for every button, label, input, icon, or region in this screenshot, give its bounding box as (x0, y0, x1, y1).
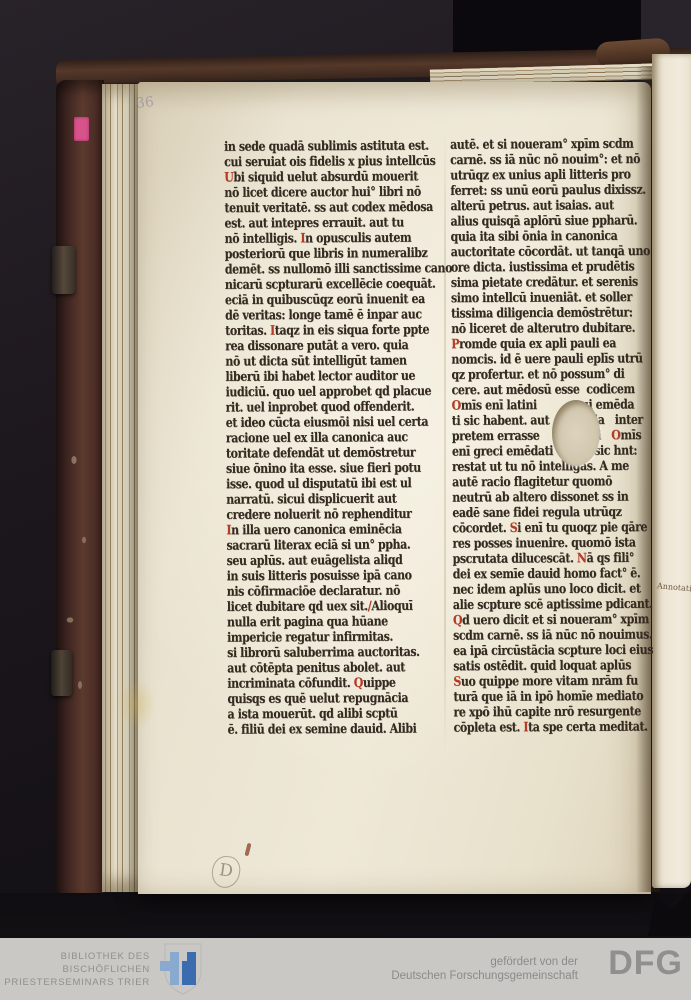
facing-page-sliver (652, 54, 691, 888)
manuscript-line: in sede quadā sublimis astituta est. (224, 138, 448, 155)
manuscript-line: ferret: ss unū eorū paulus dixissz. (450, 182, 655, 199)
page-edge-stack-left (102, 84, 140, 892)
text-column-left: in sede quadā sublimis astituta est.cui … (224, 138, 452, 738)
manuscript-line: dē veritas: longe tamē ē inpar auc (225, 306, 449, 323)
manuscript-line: ē. filiū dei ex semine dauid. Alibi (228, 721, 452, 738)
parchment-hole (552, 400, 600, 466)
manuscript-line: nō intelligis. In opusculis autem (225, 230, 449, 247)
manuscript-line: Omīs enī latini cui emēda (452, 397, 657, 414)
manuscript-line: restat ut tu nō intelligas. A me (452, 458, 657, 475)
manuscript-line: posteriorū que libris in numeralibz (225, 245, 449, 262)
manuscript-line: incriminata cōfundit. Quippe (227, 675, 451, 692)
manuscript-line: si librorū saluberrima auctoritas. (227, 644, 451, 661)
manuscript-line: autē racio flagitetur quomō (452, 473, 657, 490)
manuscript-line: nō ut dicta sūt intelligūt tamen (225, 352, 449, 369)
rubric-initial: O (452, 398, 461, 413)
funding-credit: gefördert von der Deutschen Forschungsge… (391, 955, 578, 983)
manuscript-line: Ubi siquid uelut absurdū mouerit (224, 168, 448, 185)
manuscript-line: cui seruiat ois fidelis x pius intellcūs (224, 153, 448, 170)
rubric-initial: P (451, 336, 459, 351)
background-below-book (0, 893, 691, 938)
folio-number-pencil: 36 (135, 94, 154, 112)
rubric-initial: S (453, 674, 461, 689)
rubric-initial: S (510, 520, 518, 535)
rubric-initial: U (224, 170, 233, 185)
rubric-initial: Q (453, 612, 462, 627)
seminary-shield-logo-icon (158, 941, 208, 1000)
funding-credit-line: Deutschen Forschungsgemeinschaft (391, 969, 578, 983)
manuscript-line: cere. aut mēdosū esse codicem (451, 381, 656, 398)
manuscript-line: aut cōtēpta penitus abolet. aut (227, 659, 451, 676)
manuscript-line: narratū. sicui displicuerit aut (226, 490, 450, 507)
manuscript-line: quia ita sibi ōnia in canonica (451, 228, 656, 245)
manuscript-line: Suo quippe more vitam nrām fu (453, 673, 658, 690)
manuscript-line: eadē sane fidei regula utrūqz (452, 504, 657, 521)
manuscript-line: rit. uel inprobet quod offenderit. (226, 398, 450, 415)
manuscript-line: auctoritate cōcordāt. ut tanqā uno (451, 243, 656, 260)
manuscript-line: alie scpture scē aptissime pdicant. (453, 596, 658, 613)
manuscript-line: dei ex semīe dauid homo fact° ē. (453, 565, 658, 582)
manuscript-line: alius quisqā aplōrū siue ppharū. (450, 212, 655, 229)
manuscript-line: cōpleta est. Ita spe certa meditat. (454, 719, 659, 736)
manuscript-line: alterū petrus. aut isaias. aut (450, 197, 655, 214)
rubric-initial: N (577, 550, 587, 565)
book-clasp-upper (52, 246, 75, 294)
manuscript-line: qz profertur. et nō possum° di (451, 366, 656, 383)
manuscript-line: nis cōfirmaciōe declaratur. nō (227, 582, 451, 599)
manuscript-line: nō liceret de alterutro dubitare. (451, 320, 656, 337)
digitization-banner: BIBLIOTHEK DES BISCHÖFLICHEN PRIESTERSEM… (0, 938, 691, 1000)
manuscript-line: ea ipā circūstācia scpture loci eius (453, 642, 658, 659)
manuscript-line: nomcis. id ē uere pauli eplīs utrū (451, 351, 656, 368)
manuscript-line: res posses inuenire. quomō ista (452, 535, 657, 552)
manuscript-line: satis ostēdit. quid loquat aplūs (453, 657, 658, 674)
manuscript-line: a ista mouerūt. qd alibi scptū (227, 705, 451, 722)
manuscript-line: carnē. ss iā nūc nō nouim°: et nō (450, 151, 655, 168)
spine-wear-marks (62, 420, 92, 750)
manuscript-line: nulla erit pagina qua hūane (227, 613, 451, 630)
manuscript-line: turā que iā in ipō homīe mediato (453, 688, 658, 705)
manuscript-line: liberū ibi habet lector auditor ue (225, 368, 449, 385)
manuscript-line: cōcordet. Si enī tu quoqz pie qāre (452, 519, 657, 536)
manuscript-line: Qd uero dicit et si noueram° xpīm (453, 611, 658, 628)
manuscript-line: racione uel ex illa canonica auc (226, 429, 450, 446)
library-name-line: PRIESTERSEMINARS TRIER (0, 976, 150, 989)
manuscript-line: isse. quod ul disputatū ibi est ul (226, 475, 450, 492)
manuscript-line: Promde quia ex apli pauli ea (451, 335, 656, 352)
manuscript-line: credere noluerit nō rephenditur (226, 506, 450, 523)
rubric-initial: O (611, 427, 620, 442)
manuscript-line: toritate defendāt ut demōstretur (226, 444, 450, 461)
book-clasp-lower (51, 650, 72, 696)
manuscript-line: iudiciū. quo uel approbet qd placue (225, 383, 449, 400)
rubric-initial: Q (354, 675, 363, 690)
manuscript-line: neutrū ab altero dissonet ss in (452, 489, 657, 506)
manuscript-line: scdm carnē. ss iā nūc nō nouimus. (453, 627, 658, 644)
manuscript-line: autē. et si noueram° xpīm scdm (450, 136, 655, 153)
digitized-manuscript-scan: { "photo": { "background_color": "#17131… (0, 0, 691, 1000)
manuscript-line: est. aut intepres errauit. aut tu (224, 214, 448, 231)
manuscript-line: et ideo cūcta eiusmōi nisi uel certa (226, 414, 450, 431)
manuscript-line: demēt. ss nullomō illi sanctissime cano (225, 260, 449, 277)
library-name-line: BISCHÖFLICHEN (0, 963, 150, 976)
manuscript-line: toritas. Itaqz in eis siqua forte ppte (225, 322, 449, 339)
parchment-stain (118, 678, 156, 730)
manuscript-line: impericie regatur infirmitas. (227, 629, 451, 646)
dfg-logo: DFG (608, 944, 683, 983)
funding-credit-line: gefördert von der (391, 955, 578, 969)
manuscript-line: quisqs es quē uelut repugnācia (227, 690, 451, 707)
manuscript-line: siue ōnino ita esse. siue fieri potu (226, 460, 450, 477)
manuscript-line: eciā in quibuscūqz eorū inuenit ea (225, 291, 449, 308)
pink-bookmark-tab (74, 117, 89, 141)
manuscript-line: tissima diligencia demōstrētur: (451, 304, 656, 321)
manuscript-line: pscrutata dilucescāt. Nā qs fili° (453, 550, 658, 567)
manuscript-line: nec idem aplūs uno loco dicit. et (453, 581, 658, 598)
manuscript-line: nō licet dicere auctor hui° libri nō (224, 184, 448, 201)
manuscript-line: in suis litteris posuisse ipā cano (227, 567, 451, 584)
manuscript-line: sima pietate credātur. et serenis (451, 274, 656, 291)
manuscript-line: nicarū scpturarū excellēcie coequāt. (225, 276, 449, 293)
manuscript-line: seu aplūs. aut euāgelista aliqd (227, 552, 451, 569)
manuscript-line: licet dubitare qd uex sit./Alioquī (227, 598, 451, 615)
manuscript-line: ore dicta. iustissima et prudētis (451, 258, 656, 275)
manuscript-line: simo intellcū inueniāt. et soller (451, 289, 656, 306)
manuscript-line: In illa uero canonica eminēcia (226, 521, 450, 538)
manuscript-line: re xpō ihū capite nrō resurgente (453, 703, 658, 720)
manuscript-line: utrūqz ex unius apli litteris pro (450, 166, 655, 183)
manuscript-line: sacrarū literax eciā si un° ppha. (226, 536, 450, 553)
manuscript-line: rea dissonare putāt a vero. quia (225, 337, 449, 354)
manuscript-line: tenuit veritatē. ss aut codex mēdosa (224, 199, 448, 216)
library-name-line: BIBLIOTHEK DES (0, 950, 150, 963)
library-name: BIBLIOTHEK DES BISCHÖFLICHEN PRIESTERSEM… (0, 950, 150, 989)
